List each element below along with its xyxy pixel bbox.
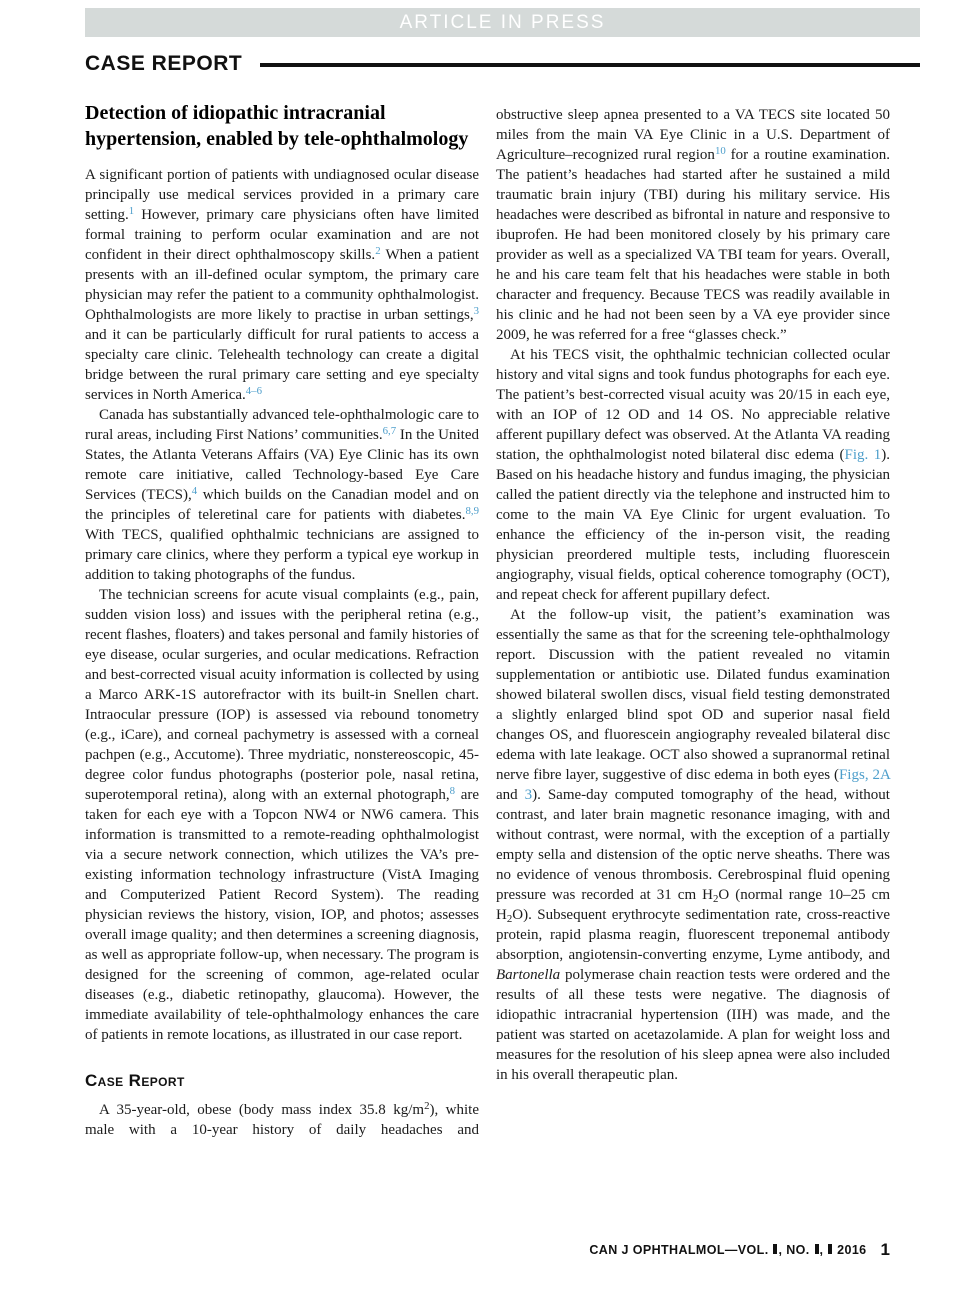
figure-link[interactable]: Figs, 2A [839, 767, 890, 783]
journal-page: ARTICLE IN PRESS CASE REPORT Detection o… [0, 0, 975, 1305]
text-run: 2 [713, 893, 718, 905]
citation-reference-link[interactable]: 6,7 [383, 425, 397, 437]
running-head-label: CASE REPORT [85, 52, 242, 76]
placeholder-box [828, 1244, 832, 1254]
text-run: , [820, 1243, 828, 1257]
left-column: Detection of idiopathic intracranial hyp… [85, 100, 479, 1140]
paragraph: obstructive sleep apnea presented to a V… [496, 105, 890, 345]
text-run: Bartonella [496, 967, 560, 983]
text-run: 2016 [833, 1243, 866, 1257]
text-run: and [496, 787, 525, 803]
case-report-continued-paragraphs: obstructive sleep apnea presented to a V… [496, 105, 890, 1085]
text-run: polymerase chain reaction tests were ord… [496, 967, 890, 1083]
citation-reference-link[interactable]: 4 [192, 485, 197, 497]
journal-citation-line: CAN J OPHTHALMOL—VOL. , NO. , 2016 [589, 1243, 866, 1257]
text-run: ). Based on his headache history and fun… [496, 447, 890, 603]
article-title: Detection of idiopathic intracranial hyp… [85, 100, 479, 152]
text-run: , NO. [778, 1243, 813, 1257]
article-title-line-2: hypertension, enabled by tele-ophthalmol… [85, 126, 479, 152]
text-run: 2 [507, 913, 512, 925]
text-run: At his TECS visit, the ophthalmic techni… [496, 347, 890, 463]
citation-reference-link[interactable]: 3 [474, 305, 479, 317]
running-head-rule [260, 63, 920, 67]
paragraph: At his TECS visit, the ophthalmic techni… [496, 345, 890, 605]
text-run: At the follow-up visit, the patient’s ex… [496, 607, 890, 783]
page-number: 1 [881, 1240, 890, 1260]
placeholder-box [815, 1244, 819, 1254]
right-column: obstructive sleep apnea presented to a V… [496, 100, 890, 1140]
article-in-press-text: ARTICLE IN PRESS [400, 12, 606, 34]
citation-reference-link[interactable]: 2 [375, 245, 380, 257]
citation-reference-link[interactable]: 10 [715, 145, 726, 157]
article-title-line-1: Detection of idiopathic intracranial [85, 100, 479, 126]
placeholder-box [773, 1244, 777, 1254]
section-heading-case-report: Case Report [85, 1071, 479, 1091]
text-run: and it can be particularly difficult for… [85, 327, 479, 403]
text-run: With TECS, qualified ophthalmic technici… [85, 527, 479, 583]
citation-reference-link[interactable]: 1 [129, 205, 134, 217]
text-run: for a routine examination. The patient’s… [496, 147, 890, 343]
text-run: ). Same-day computed tomography of the h… [496, 787, 890, 903]
paragraph: A 35-year-old, obese (body mass index 35… [85, 1100, 479, 1140]
running-head: CASE REPORT [85, 50, 920, 78]
article-in-press-banner: ARTICLE IN PRESS [85, 8, 920, 37]
intro-paragraphs: A significant portion of patients with u… [85, 165, 479, 1045]
figure-link[interactable]: 3 [525, 787, 533, 803]
case-report-paragraphs: A 35-year-old, obese (body mass index 35… [85, 1100, 479, 1140]
figure-link[interactable]: Fig. 1 [845, 447, 882, 463]
citation-reference-link[interactable]: 8 [450, 785, 455, 797]
text-run: 2 [424, 1100, 429, 1112]
page-footer: CAN J OPHTHALMOL—VOL. , NO. , 2016 1 [589, 1239, 890, 1259]
paragraph: A significant portion of patients with u… [85, 165, 479, 405]
article-body: Detection of idiopathic intracranial hyp… [85, 100, 890, 1140]
paragraph: Canada has substantially advanced tele-o… [85, 405, 479, 585]
paragraph: At the follow-up visit, the patient’s ex… [496, 605, 890, 1085]
citation-reference-link[interactable]: 8,9 [466, 505, 480, 517]
citation-reference-link[interactable]: 4–6 [246, 385, 262, 397]
text-run: O). Subsequent erythrocyte sedimentation… [496, 907, 890, 963]
text-run: are taken for each eye with a Topcon NW4… [85, 787, 479, 1043]
text-run: The technician screens for acute visual … [85, 587, 479, 803]
text-run: CAN J OPHTHALMOL—VOL. [589, 1243, 772, 1257]
text-run: A 35-year-old, obese (body mass index 35… [99, 1102, 424, 1118]
paragraph: The technician screens for acute visual … [85, 585, 479, 1045]
